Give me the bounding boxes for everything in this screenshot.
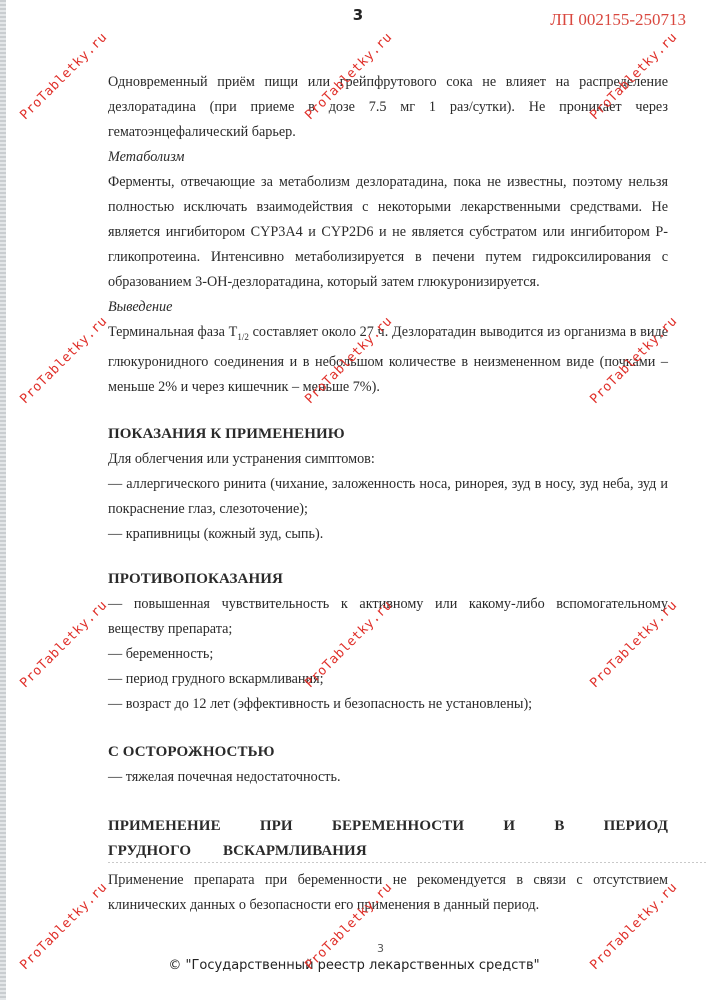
contraindication-item: — возраст до 12 лет (эффективность и без… — [108, 692, 668, 717]
half-life-subscript: 1/2 — [237, 332, 249, 342]
contraindication-item: — период грудного вскармливания; — [108, 667, 668, 692]
contraindications-heading: ПРОТИВОПОКАЗАНИЯ — [108, 567, 668, 592]
pharmacokinetics-paragraph: Одновременный приём пищи или грейпфрутов… — [108, 70, 668, 145]
watermark: ProTabletky.ru — [17, 598, 110, 691]
copyright-footer: © "Государственный реестр лекарственных … — [0, 958, 708, 973]
caution-heading: С ОСТОРОЖНОСТЬЮ — [108, 740, 668, 765]
metabolism-subheading: Метаболизм — [108, 145, 668, 170]
excretion-paragraph: Терминальная фаза Т1/2 составляет около … — [108, 320, 668, 400]
excretion-text-start: Терминальная фаза Т — [108, 324, 237, 340]
pregnancy-heading: ПРИМЕНЕНИЕ ПРИ БЕРЕМЕННОСТИ И В ПЕРИОД Г… — [108, 814, 668, 864]
watermark: ProTabletky.ru — [17, 30, 110, 123]
scan-left-edge — [0, 0, 6, 1000]
page-number-top: 3 — [350, 6, 366, 24]
document-body: Одновременный приём пищи или грейпфрутов… — [108, 70, 668, 918]
watermark: ProTabletky.ru — [17, 314, 110, 407]
contraindication-item: — повышенная чувствительность к активном… — [108, 592, 668, 642]
pregnancy-paragraph: Применение препарата при беременности не… — [108, 868, 668, 918]
scan-dotted-line — [108, 862, 708, 863]
contraindication-item: — беременность; — [108, 642, 668, 667]
excretion-subheading: Выведение — [108, 295, 668, 320]
page-number-bottom: 3 — [377, 942, 384, 955]
metabolism-paragraph: Ферменты, отвечающие за метаболизм дезло… — [108, 170, 668, 295]
indication-item: — крапивницы (кожный зуд, сыпь). — [108, 522, 668, 547]
caution-item: — тяжелая почечная недостаточность. — [108, 765, 668, 790]
indications-intro: Для облегчения или устранения симптомов: — [108, 447, 668, 472]
indications-heading: ПОКАЗАНИЯ К ПРИМЕНЕНИЮ — [108, 422, 668, 447]
registration-number: ЛП 002155-250713 — [550, 10, 686, 30]
indication-item: — аллергического ринита (чихание, заложе… — [108, 472, 668, 522]
